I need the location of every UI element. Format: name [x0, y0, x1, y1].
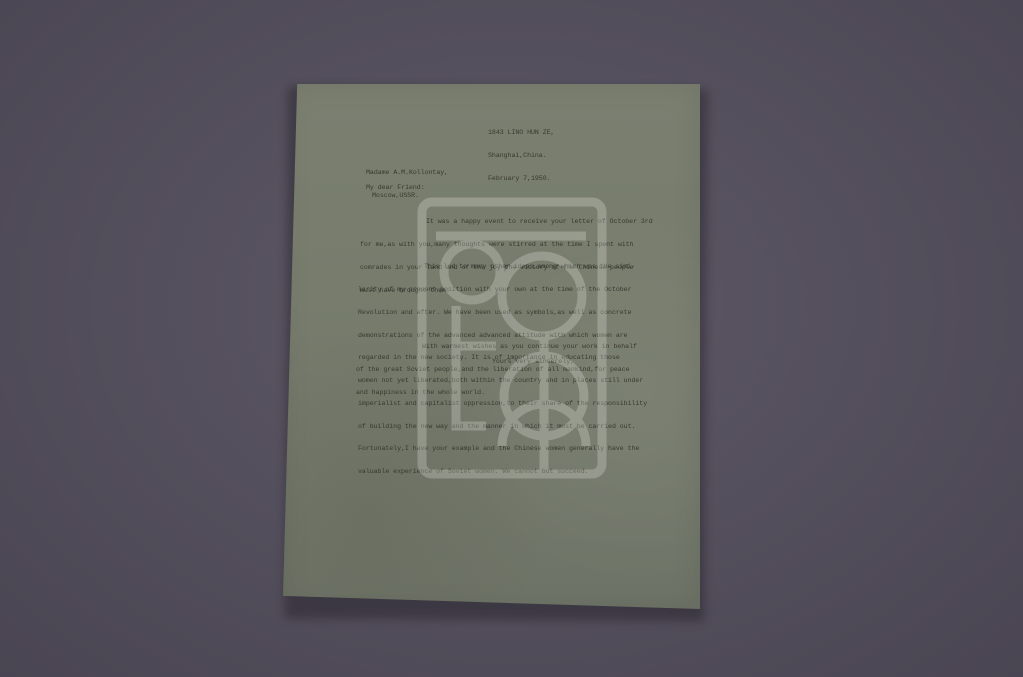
- sender-address: 1843 LINO HUN ZE, Shanghai,China. Februa…: [488, 114, 554, 190]
- closing: Yours very sincerely,: [492, 358, 574, 366]
- recipient-line: Madame A.M.Kollontay,: [366, 169, 448, 177]
- recipient-line: Moscow,USSR.: [366, 192, 448, 200]
- recipient-block: Madame A.M.Kollontay, Moscow,USSR.: [366, 154, 448, 207]
- salutation: My dear Friend:: [366, 184, 425, 192]
- paragraph-3: With warmest wishes as you continue your…: [356, 328, 637, 404]
- address-line: Shanghai,China.: [488, 152, 554, 160]
- address-line: February 7,1950.: [488, 175, 554, 183]
- address-line: 1843 LINO HUN ZE,: [488, 129, 554, 137]
